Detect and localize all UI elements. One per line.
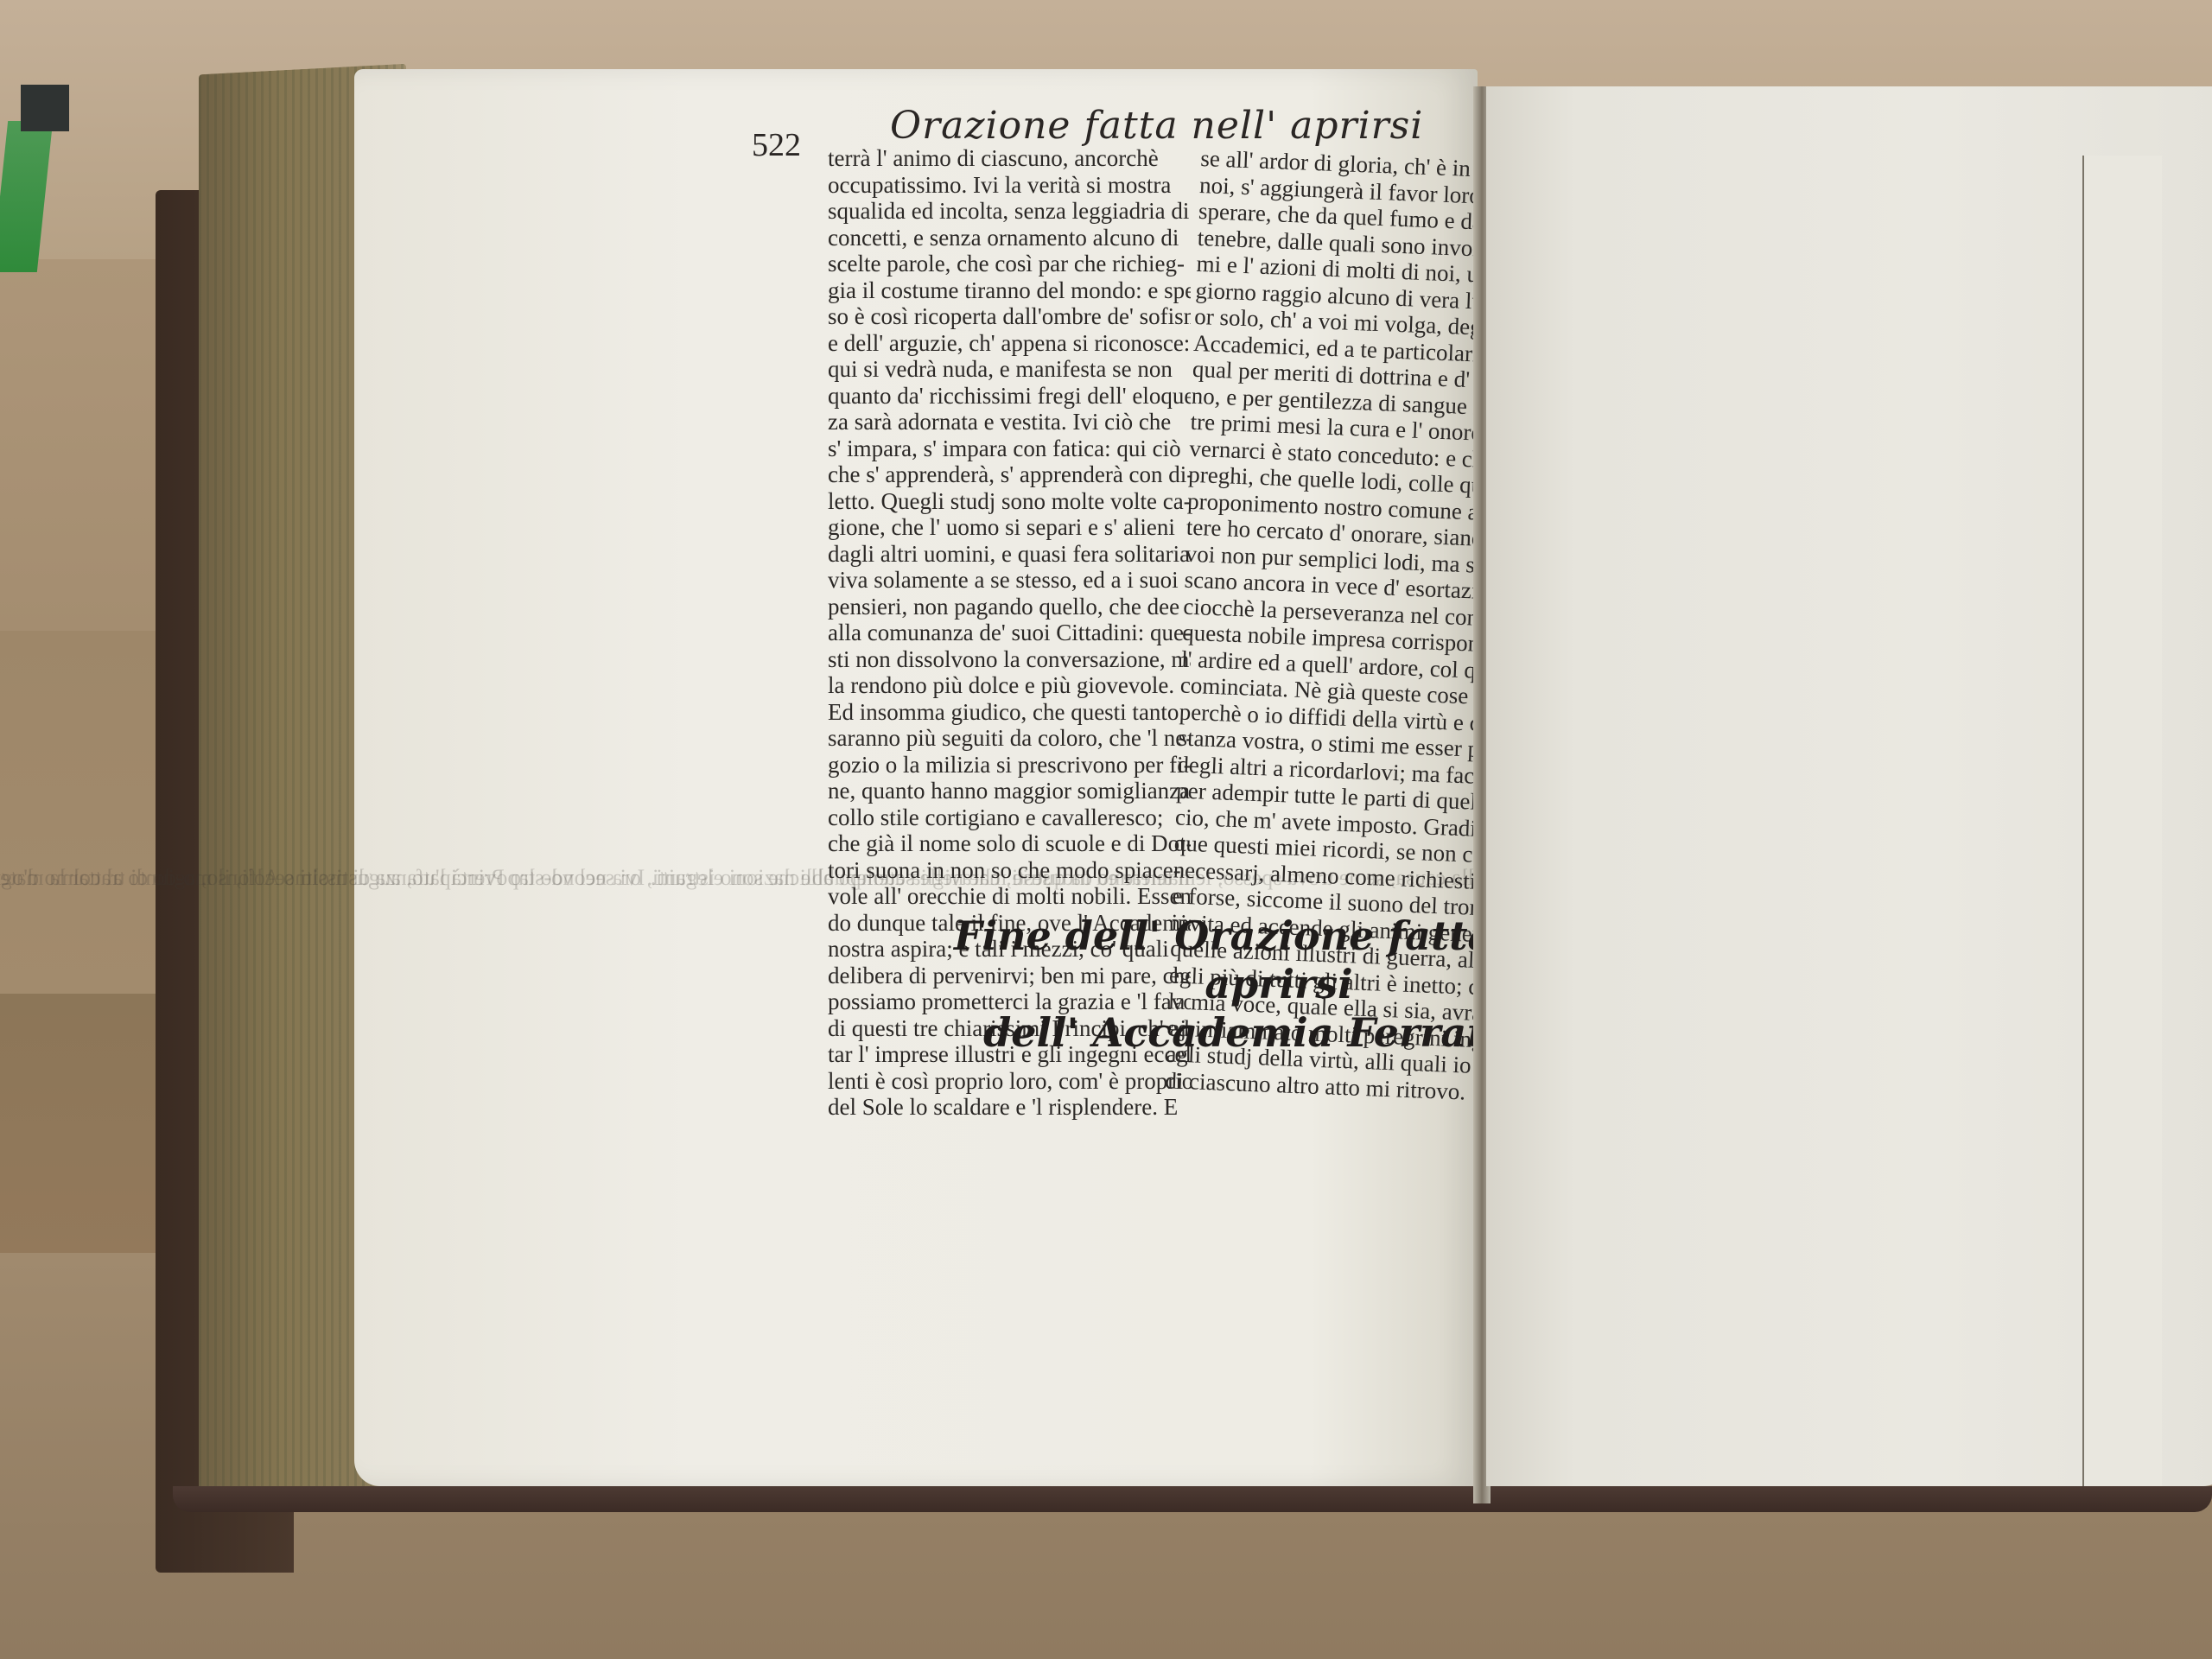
text-line: gozio o la milizia si prescrivono per fi… <box>828 752 1191 779</box>
text-line: la rendono più dolce e più giovevole. <box>828 672 1191 699</box>
text-line: squalida ed incolta, senza leggiadria di <box>828 198 1191 225</box>
book-bottom-edge <box>173 1486 2212 1512</box>
text-line: ne, quanto hanno maggior somiglianza <box>828 778 1191 804</box>
text-line: za sarà adornata e vestita. Ivi ciò che <box>828 409 1191 435</box>
text-line: quanto da' ricchissimi fregi dell' eloqu… <box>828 383 1191 410</box>
flyleaf-edge <box>2082 156 2162 1486</box>
text-line: vole all' orecchie di molti nobili. Esse… <box>828 883 1191 910</box>
text-line: Ed insomma giudico, che questi tanto <box>828 699 1191 726</box>
show-through-line: giunto al colmo d'ogni perfezione. Ri- <box>0 865 186 890</box>
dark-square-object <box>21 85 69 131</box>
text-line: gione, che l' uomo si separi e s' alieni <box>828 514 1191 541</box>
text-line: lenti è così proprio loro, com' è propri… <box>828 1068 1191 1095</box>
text-line: gia il costume tiranno del mondo: e spes… <box>828 277 1191 304</box>
text-line: che già il nome solo di scuole e di Dot- <box>828 830 1191 857</box>
text-line: e dell' arguzie, ch' appena si riconosce… <box>828 330 1191 357</box>
text-line: alla comunanza de' suoi Cittadini: que- <box>828 620 1191 646</box>
open-book: il terranno da questi, che nelle scuolep… <box>156 69 2212 1573</box>
text-line: letto. Quegli studj sono molte volte ca- <box>828 488 1191 515</box>
text-line: tori suona in non so che modo spiace- <box>828 857 1191 884</box>
text-line: so è così ricoperta dall'ombre de' sofis… <box>828 303 1191 330</box>
text-line: saranno più seguiti da coloro, che 'l ne… <box>828 725 1191 752</box>
text-line: dagli altri uomini, e quasi fera solitar… <box>828 541 1191 568</box>
text-line: del Sole lo scaldare e 'l risplendere. E <box>828 1094 1191 1121</box>
text-line: sti non dissolvono la conversazione, ma <box>828 646 1191 673</box>
text-line: viva solamente a se stesso, ed a i suoi <box>828 567 1191 594</box>
show-through-line: stro Principato, augustissimo Alfonso, a <box>186 865 544 890</box>
text-line: scelte parole, che così par che richieg- <box>828 251 1191 277</box>
text-line: collo stile cortigiano e cavalleresco; <box>828 804 1191 831</box>
text-line: terrà l' animo di ciascuno, ancorchè <box>828 145 1191 172</box>
text-line: qui si vedrà nuda, e manifesta se non <box>828 356 1191 383</box>
text-line: occupatissimo. Ivi la verità si mostra <box>828 172 1191 199</box>
text-line: che s' apprenderà, s' apprenderà con di- <box>828 461 1191 488</box>
text-line: concetti, e senza ornamento alcuno di <box>828 225 1191 251</box>
left-page: il terranno da questi, che nelle scuolep… <box>354 69 1478 1486</box>
text-line: pensieri, non pagando quello, che dee <box>828 594 1191 620</box>
page-number: 522 <box>752 126 801 164</box>
text-line: s' impara, s' impara con fatica: qui ciò <box>828 435 1191 462</box>
